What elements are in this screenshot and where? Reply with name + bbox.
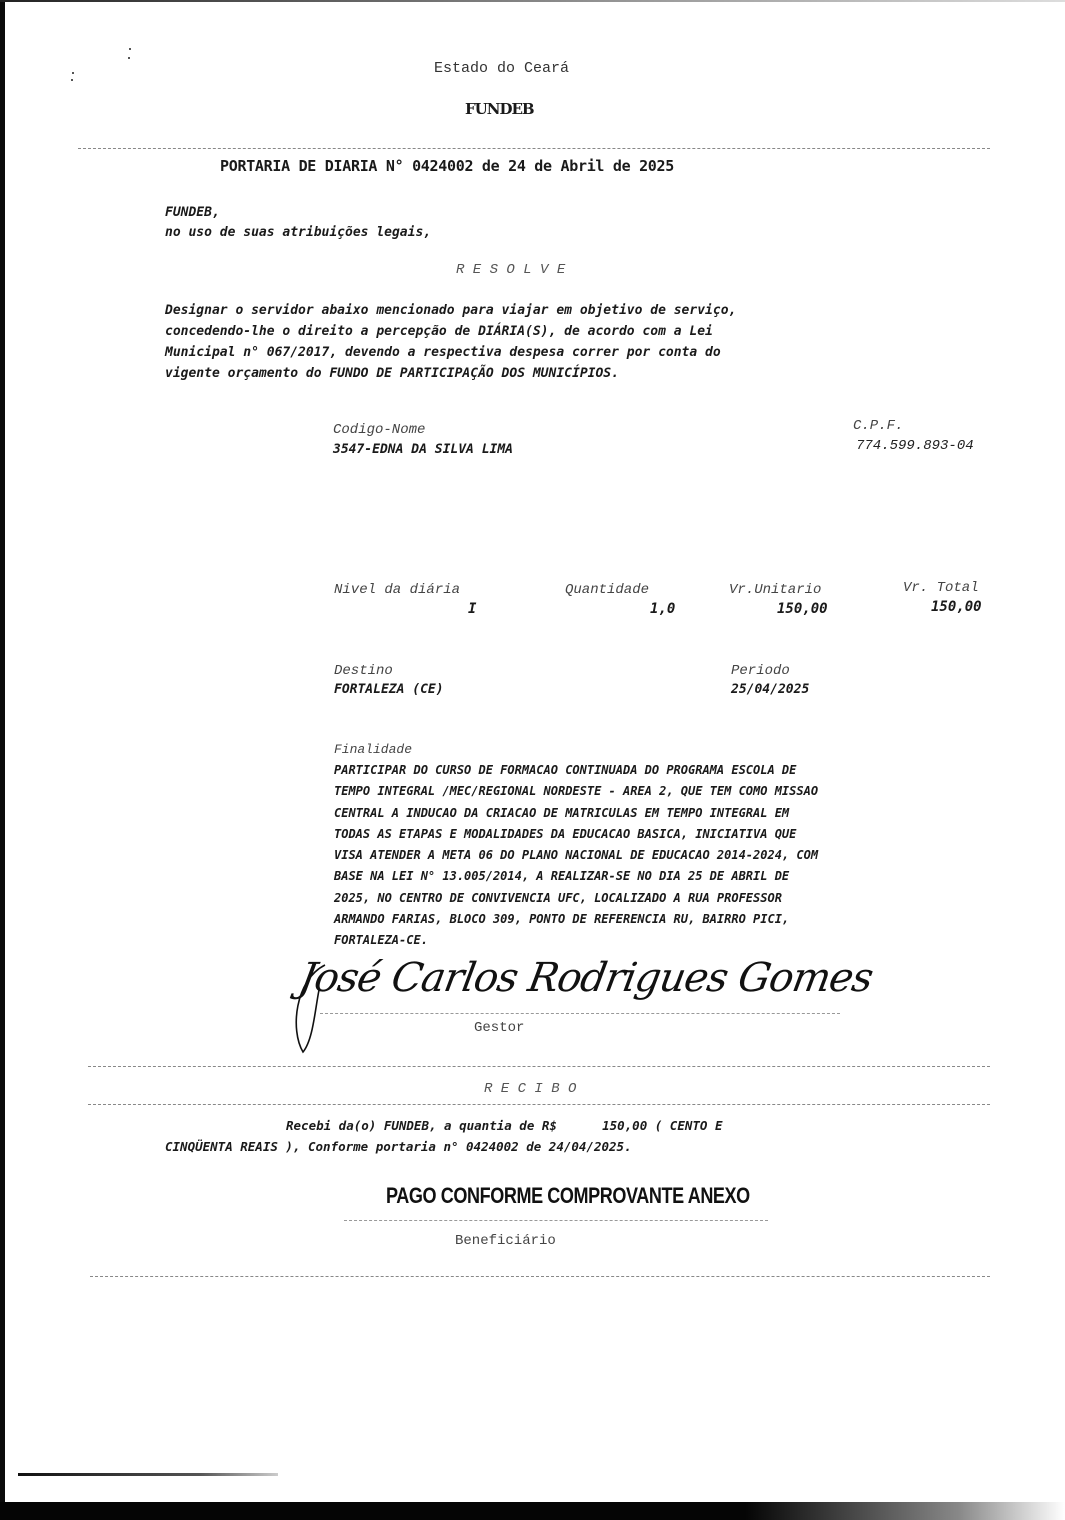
nivel-label: Nivel da diária <box>334 582 460 598</box>
finalidade-line: TEMPO INTEGRAL /MEC/REGIONAL NORDESTE - … <box>334 781 818 802</box>
finalidade-line: VISA ATENDER A META 06 DO PLANO NACIONAL… <box>334 845 818 866</box>
entity-name: FUNDEB <box>465 100 534 118</box>
vr-total-label: Vr. Total <box>903 580 979 596</box>
vr-unitario-value: 150,00 <box>777 601 828 617</box>
finalidade-line: TODAS AS ETAPAS E MODALIDADES DA EDUCACA… <box>334 824 818 845</box>
scan-speck <box>72 72 74 74</box>
beneficiario-label: Beneficiário <box>455 1233 556 1249</box>
document-title: PORTARIA DE DIARIA N° 0424002 de 24 de A… <box>220 157 674 175</box>
codigo-nome-value: 3547-EDNA DA SILVA LIMA <box>333 442 513 457</box>
resolve-line: Designar o servidor abaixo mencionado pa… <box>165 300 736 321</box>
resolve-line: Municipal n° 067/2017, devendo a respect… <box>165 342 736 363</box>
scan-speck <box>71 79 73 81</box>
destino-label: Destino <box>334 663 393 679</box>
divider <box>88 1066 990 1067</box>
periodo-value: 25/04/2025 <box>731 682 809 697</box>
recibo-text-line1: Recebi da(o) FUNDEB, a quantia de R$ 150… <box>286 1118 723 1133</box>
resolve-line: vigente orçamento do FUNDO DE PARTICIPAÇ… <box>165 363 736 384</box>
finalidade-line: CENTRAL A INDUCAO DA CRIACAO DE MATRICUL… <box>334 803 818 824</box>
cpf-label: C.P.F. <box>853 418 903 434</box>
scan-artifact-line <box>18 1473 278 1476</box>
signature-line <box>320 1013 840 1014</box>
scan-speck <box>129 48 131 50</box>
finalidade-line: ARMANDO FARIAS, BLOCO 309, PONTO DE REFE… <box>334 909 818 930</box>
intro-entity: FUNDEB, <box>165 205 220 220</box>
finalidade-text: PARTICIPAR DO CURSO DE FORMACAO CONTINUA… <box>334 760 818 952</box>
scan-edge-bottom <box>0 1502 1065 1520</box>
codigo-nome-label: Codigo-Nome <box>333 422 425 438</box>
nivel-value: I <box>468 601 476 617</box>
quantidade-label: Quantidade <box>565 582 649 598</box>
finalidade-line: PARTICIPAR DO CURSO DE FORMACAO CONTINUA… <box>334 760 818 781</box>
signature-flourish <box>285 960 345 1060</box>
state-name: Estado do Ceará <box>434 60 569 77</box>
destino-value: FORTALEZA (CE) <box>334 682 444 697</box>
signatory-role: Gestor <box>474 1020 524 1036</box>
finalidade-label: Finalidade <box>334 742 412 757</box>
resolve-paragraph: Designar o servidor abaixo mencionado pa… <box>165 300 736 384</box>
divider <box>88 1104 990 1105</box>
divider <box>90 1276 990 1277</box>
finalidade-line: BASE NA LEI N° 13.005/2014, A REALIZAR-S… <box>334 866 818 887</box>
scan-speck <box>128 57 130 59</box>
periodo-label: Periodo <box>731 663 790 679</box>
resolve-heading: R E S O L V E <box>456 262 565 278</box>
finalidade-line: 2025, NO CENTRO DE CONVIVENCIA UFC, LOCA… <box>334 888 818 909</box>
quantidade-value: 1,0 <box>650 601 675 617</box>
divider <box>78 148 990 149</box>
scan-edge-left <box>0 0 5 1520</box>
cpf-value: 774.599.893-04 <box>856 438 974 454</box>
paid-stamp: PAGO CONFORME COMPROVANTE ANEXO <box>386 1183 750 1209</box>
handwritten-signature: José Carlos Rodrigues Gomes <box>296 955 876 1001</box>
beneficiario-signature-line <box>344 1220 768 1221</box>
recibo-heading: R E C I B O <box>484 1081 576 1097</box>
scan-edge-top <box>0 0 1065 2</box>
recibo-text-line2: CINQÜENTA REAIS ), Conforme portaria n° … <box>165 1139 632 1154</box>
vr-unitario-label: Vr.Unitario <box>729 582 821 598</box>
resolve-line: concedendo-lhe o direito a percepção de … <box>165 321 736 342</box>
finalidade-line: FORTALEZA-CE. <box>334 930 818 951</box>
intro-text: no uso de suas atribuições legais, <box>165 225 431 240</box>
vr-total-value: 150,00 <box>931 599 982 615</box>
